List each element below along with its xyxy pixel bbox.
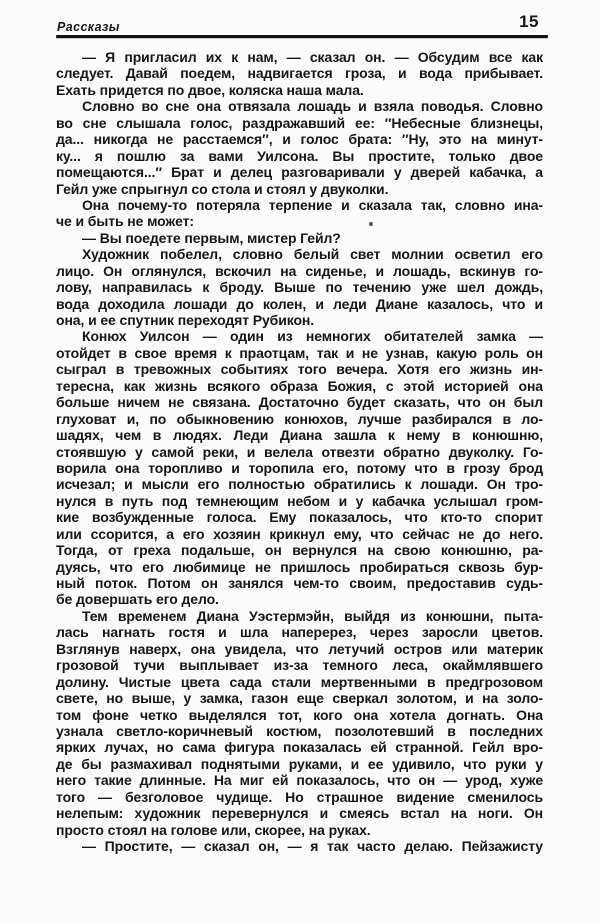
text-line: во сне слышала голос, раздражавший ее: ″… <box>56 115 543 131</box>
text-line: глуховат и, по обыкновению конюхов, лучш… <box>56 411 543 427</box>
book-page-scan: Рассказы 15 — Я пригласил их к нам, — ск… <box>0 0 600 922</box>
text-line: помещаются...″ Брат и делец разговаривал… <box>56 164 543 180</box>
paragraph: Словно во сне она отвязала лошадь и взял… <box>56 98 543 197</box>
page-number: 15 <box>519 12 539 32</box>
text-line: узнала светло-коричневый костюм, позолот… <box>56 723 543 739</box>
text-line: кие возбужденные голоса. Ему показалось,… <box>56 509 543 525</box>
text-line: ный поток. Потом он занялся чем-то своим… <box>56 575 543 591</box>
paragraph: — Вы поедете первым, мистер Гейл? <box>56 230 543 246</box>
text-line: дуясь, что его любимице не пришлось проб… <box>56 559 543 575</box>
paragraph: Тем временем Диана Уэстермэйн, выйдя из … <box>56 608 543 838</box>
text-line: Тогда, от греха подальше, он вернулся на… <box>56 542 543 558</box>
text-line: нулся в путь под темнеющим небом и у каб… <box>56 493 543 509</box>
text-line: она, и ее спутник переходят Рубикон. <box>56 312 543 328</box>
text-line: — Я пригласил их к нам, — сказал он. — О… <box>56 49 543 65</box>
running-header-title: Рассказы <box>57 20 120 34</box>
text-line: че и быть не может: <box>56 213 543 229</box>
text-line: стоявшую у самой реки, и велела отвезти … <box>56 444 543 460</box>
text-line: ярких лучах, но сама фигура показалась е… <box>56 739 543 755</box>
text-line: том фоне четко выделялся тот, кого она х… <box>56 707 543 723</box>
text-line: отойдет в свое время к праотцам, так и н… <box>56 345 543 361</box>
ink-speck-artifact <box>369 222 373 226</box>
text-line: грозовой тучи выплывает из-за темного ле… <box>56 657 543 673</box>
text-line: тересна, как жизнь всякого образа Божия,… <box>56 378 543 394</box>
text-line: свете, но выше, у замка, газон еще сверк… <box>56 690 543 706</box>
text-line: больше ничем не связана. Достаточно буде… <box>56 394 543 410</box>
text-line: следует. Давай поедем, надвигается гроза… <box>56 65 543 81</box>
paragraph: Конюх Уилсон — один из немногих обитател… <box>56 328 543 607</box>
text-line: того — безголовое чудище. Но страшное ви… <box>56 789 543 805</box>
text-line: ворила она торопливо и торопила его, пот… <box>56 460 543 476</box>
text-line: исчезал; и мысли его полностью обратилис… <box>56 476 543 492</box>
header-rule <box>56 35 548 38</box>
text-line: сыграл в тревожных событиях того вечера.… <box>56 361 543 377</box>
text-line: вода доходила лошади до колен, и леди Ди… <box>56 296 543 312</box>
text-line: де бы размахивал поднятыми руками, и ее … <box>56 756 543 772</box>
text-line: Взглянув наверх, она увидела, что летучи… <box>56 641 543 657</box>
text-line: — Простите, — сказал он, — я так часто д… <box>56 838 543 854</box>
text-line: Художник побелел, словно белый свет молн… <box>56 246 543 262</box>
text-line: него такие длинные. На миг ей показалось… <box>56 772 543 788</box>
text-line: нелепым: художник перевернулся и смеясь … <box>56 805 543 821</box>
text-line: Она почему-то потеряла терпение и сказал… <box>56 197 543 213</box>
text-line: Словно во сне она отвязала лошадь и взял… <box>56 98 543 114</box>
text-line: — Вы поедете первым, мистер Гейл? <box>56 230 543 246</box>
paragraph: — Простите, — сказал он, — я так часто д… <box>56 838 543 854</box>
paragraph: Художник побелел, словно белый свет молн… <box>56 246 543 328</box>
text-line: бе довершать его дело. <box>56 591 543 607</box>
text-line: Гейл уже спрыгнул со стола и стоял у дву… <box>56 181 543 197</box>
text-line: Конюх Уилсон — один из немногих обитател… <box>56 328 543 344</box>
paragraph: — Я пригласил их к нам, — сказал он. — О… <box>56 49 543 98</box>
text-line: ку... я пошлю за вами Уилсона. Вы прости… <box>56 148 543 164</box>
paragraph: Она почему-то потеряла терпение и сказал… <box>56 197 543 230</box>
text-line: Ехать придется по двое, коляска наша мал… <box>56 82 543 98</box>
body-text: — Я пригласил их к нам, — сказал он. — О… <box>56 49 543 854</box>
text-line: или ссорится, а его хозяин крикнул ему, … <box>56 526 543 542</box>
text-line: лицо. Он оглянулся, вскочил на сиденье, … <box>56 263 543 279</box>
text-line: Тем временем Диана Уэстермэйн, выйдя из … <box>56 608 543 624</box>
text-line: долину. Чистые цвета сада стали мертвенн… <box>56 674 543 690</box>
text-line: просто стоял на голове или, скорее, на р… <box>56 822 543 838</box>
text-line: шадях, чем в людях. Леди Диана зашла к н… <box>56 427 543 443</box>
text-line: лову, направилась к броду. Выше по течен… <box>56 279 543 295</box>
text-line: да... никогда не расстаемся″, и голос бр… <box>56 131 543 147</box>
text-line: лась нагнать гостя и шла наперерез, чере… <box>56 624 543 640</box>
